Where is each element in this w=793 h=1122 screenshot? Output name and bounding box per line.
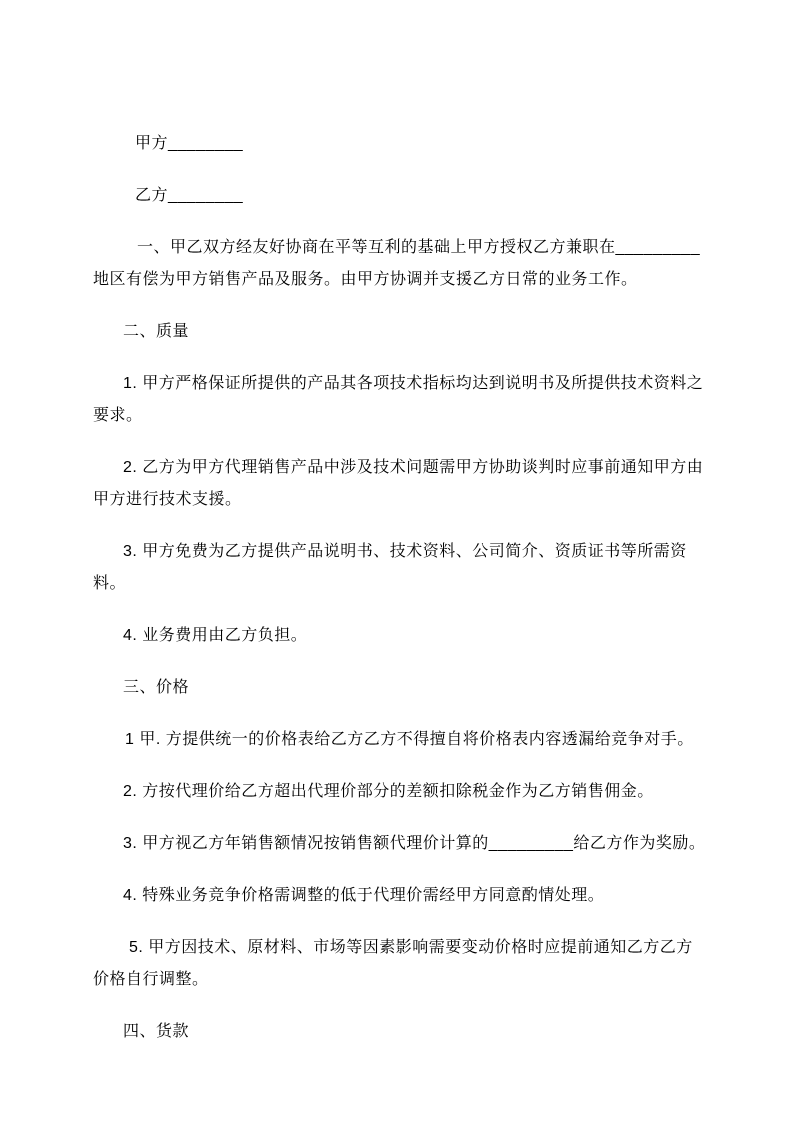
clause-1-authorization: 一、甲乙双方经友好协商在平等互利的基础上甲方授权乙方兼职在_________地区…	[93, 232, 707, 296]
price-item-2: 2. 方按代理价给乙方超出代理价部分的差额扣除税金作为乙方销售佣金。	[93, 776, 707, 808]
contract-document: 甲方________乙方________一、甲乙双方经友好协商在平等互利的基础上…	[0, 0, 793, 1122]
price-item-5: 5. 甲方因技术、原材料、市场等因素影响需要变动价格时应提前通知乙方乙方价格自行…	[93, 932, 707, 996]
quality-item-4: 4. 业务费用由乙方负担。	[93, 620, 707, 652]
document-body: 甲方________乙方________一、甲乙双方经友好协商在平等互利的基础上…	[93, 128, 707, 1048]
document-page: { "page": { "background": "#ffffff", "te…	[0, 0, 793, 1122]
section-2-heading-quality: 二、质量	[93, 316, 707, 348]
quality-item-2: 2. 乙方为甲方代理销售产品中涉及技术问题需甲方协助谈判时应事前通知甲方由甲方进…	[93, 452, 707, 516]
section-3-heading-price: 三、价格	[93, 672, 707, 704]
party-b-line: 乙方________	[93, 180, 707, 212]
party-a-line: 甲方________	[93, 128, 707, 160]
quality-item-1: 1. 甲方严格保证所提供的产品其各项技术指标均达到说明书及所提供技术资料之要求。	[93, 368, 707, 432]
quality-item-3: 3. 甲方免费为乙方提供产品说明书、技术资料、公司简介、资质证书等所需资料。	[93, 536, 707, 600]
price-item-1: 1 甲. 方提供统一的价格表给乙方乙方不得擅自将价格表内容透漏给竞争对手。	[93, 724, 707, 756]
section-4-heading-payment: 四、货款	[93, 1016, 707, 1048]
price-item-3: 3. 甲方视乙方年销售额情况按销售额代理价计算的_________给乙方作为奖励…	[93, 828, 707, 860]
price-item-4: 4. 特殊业务竞争价格需调整的低于代理价需经甲方同意酌情处理。	[93, 880, 707, 912]
